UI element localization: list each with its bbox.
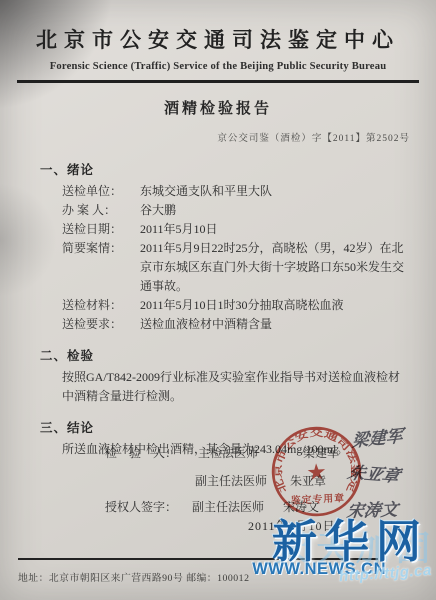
field-value: 东城交通支队和平里大队	[140, 182, 410, 201]
footer-divider	[18, 558, 378, 560]
examiner-label: 检 验 人：	[105, 446, 177, 460]
header-divider	[17, 80, 419, 83]
field-value: 2011年5月10日	[140, 220, 410, 239]
field-label: 送检日期：	[62, 220, 140, 239]
document-body: 一、绪论 送检单位： 东城交通支队和平里大队 办 案 人： 谷大鹏 送检日期： …	[0, 160, 436, 459]
org-name-chinese: 北京市公安交通司法鉴定中心	[0, 24, 436, 54]
field-value: 2011年5月10日1时30分抽取高晓松血液	[140, 296, 410, 315]
authorizer-label: 授权人签字：	[105, 500, 177, 514]
field-row-officer: 办 案 人： 谷大鹏	[62, 201, 410, 220]
field-value: 2011年5月9日22时25分，高晓松（男，42岁）在北京市东城区东直门外大街十…	[140, 239, 410, 296]
section-heading-examination: 二、检验	[40, 346, 436, 364]
field-label: 送检单位：	[62, 182, 140, 201]
official-seal: 北京市公安交通司法鉴定中心 ★ 鉴定专用章	[267, 422, 367, 522]
field-label: 送检要求：	[62, 315, 140, 334]
document-header: 北京市公安交通司法鉴定中心 Forensic Science (Traffic)…	[0, 0, 436, 144]
watermark-echo-url: http://ttjg.ca	[339, 562, 433, 585]
field-value: 谷大鹏	[140, 201, 410, 220]
footer-address: 地址：北京市朝阳区来广营西路90号 邮编：100012	[18, 570, 249, 584]
examination-text: 按照GA/T842-2009行业标准及实验室作业指导书对送检血液检材中酒精含量进…	[62, 368, 406, 406]
report-number: 京公交司鉴（酒检）字【2011】第2502号	[0, 130, 410, 144]
authorizer-title: 副主任法医师	[192, 500, 264, 514]
field-value: 送检血液检材中酒精含量	[140, 315, 410, 334]
seal-bottom-text: 鉴定专用章	[291, 491, 346, 507]
examiner1-title: 主检法医师	[198, 446, 258, 460]
field-label: 简要案情：	[62, 239, 140, 296]
field-label: 办 案 人：	[62, 201, 140, 220]
report-title: 酒精检验报告	[0, 97, 436, 118]
section-heading-intro: 一、绪论	[40, 160, 436, 178]
field-row-case-summary: 简要案情： 2011年5月9日22时25分，高晓松（男，42岁）在北京市东城区东…	[62, 239, 410, 296]
examiner2-title: 副主任法医师	[195, 474, 267, 488]
field-label: 送检材料：	[62, 296, 140, 315]
field-row-material: 送检材料： 2011年5月10日1时30分抽取高晓松血液	[62, 296, 410, 315]
watermark-url: WWW.NEWS.CN	[252, 560, 386, 579]
field-row-unit: 送检单位： 东城交通支队和平里大队	[62, 182, 410, 201]
field-row-date: 送检日期： 2011年5月10日	[62, 220, 410, 239]
org-name-english: Forensic Science (Traffic) Service of th…	[0, 61, 436, 72]
seal-star-icon: ★	[306, 459, 328, 485]
field-row-request: 送检要求： 送检血液检材中酒精含量	[62, 315, 410, 334]
document-photo: 北京市公安交通司法鉴定中心 Forensic Science (Traffic)…	[0, 0, 436, 600]
